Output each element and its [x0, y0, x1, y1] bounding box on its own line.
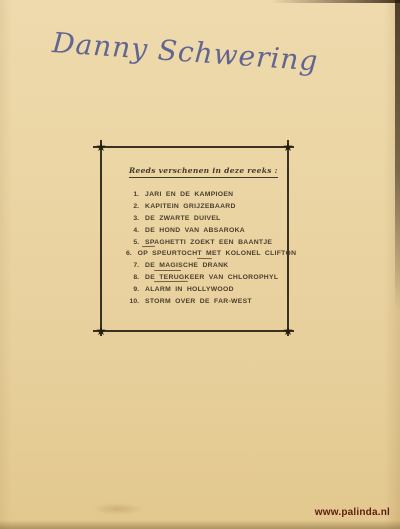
- list-item: 10. STORM OVER DE FAR-WEST: [126, 295, 296, 307]
- item-number: 10.: [126, 298, 139, 305]
- series-list: 1. JARI EN DE KAMPIOEN 2. KAPITEIN GRIJZ…: [126, 189, 296, 307]
- list-item: 8. DE TERUGKEER VAN CHLOROPHYL: [126, 272, 296, 284]
- item-title: STORM OVER DE FAR-WEST: [145, 298, 252, 305]
- scanned-book-page: Danny Schwering ★ ★ ★ ★ Reeds verschenen…: [0, 0, 400, 529]
- item-number: 8.: [126, 274, 139, 281]
- paper-stain: [92, 503, 144, 515]
- scan-edge-right: [395, 0, 400, 310]
- watermark: www.palinda.nl: [315, 507, 390, 518]
- star-icon: ★: [96, 141, 107, 153]
- item-title: KAPITEIN GRIJZEBAARD: [145, 203, 236, 210]
- item-number: 2.: [126, 203, 139, 210]
- scan-edge-top: [270, 0, 400, 3]
- star-icon: ★: [283, 325, 294, 337]
- item-number: 5.: [126, 239, 139, 246]
- owner-signature: Danny Schwering: [51, 26, 283, 75]
- item-title: DE TERUGKEER VAN CHLOROPHYL: [145, 274, 278, 281]
- item-number: 4.: [126, 227, 139, 234]
- item-title: SPAGHETTI ZOEKT EEN BAANTJE: [145, 239, 272, 246]
- item-title: DE HOND VAN ABSAROKA: [145, 227, 245, 234]
- item-number: 6.: [126, 250, 132, 257]
- pencil-underline: [197, 258, 212, 259]
- item-title: OP SPEURTOCHT MET KOLONEL CLIFTON: [138, 250, 297, 257]
- item-number: 7.: [126, 262, 139, 269]
- list-item: 9. ALARM IN HOLLYWOOD: [126, 283, 296, 295]
- list-item: 4. DE HOND VAN ABSAROKA: [126, 224, 296, 236]
- series-list-header: Reeds verschenen in deze reeks :: [129, 166, 278, 178]
- frame-line-bottom: [93, 330, 294, 332]
- item-title: JARI EN DE KAMPIOEN: [145, 191, 233, 198]
- list-item: 1. JARI EN DE KAMPIOEN: [126, 189, 296, 201]
- frame-line-top: [93, 146, 294, 148]
- item-number: 3.: [126, 215, 139, 222]
- pencil-underline: [154, 270, 181, 271]
- scan-edge-bottom: [0, 520, 400, 529]
- list-item: 2. KAPITEIN GRIJZEBAARD: [126, 201, 296, 213]
- star-icon: ★: [96, 325, 107, 337]
- frame-line-left: [100, 140, 102, 336]
- item-title: DE MAGISCHE DRANK: [145, 262, 229, 269]
- star-icon: ★: [283, 141, 294, 153]
- item-title: ALARM IN HOLLYWOOD: [145, 286, 234, 293]
- item-number: 1.: [126, 191, 139, 198]
- item-title: DE ZWARTE DUIVEL: [145, 215, 221, 222]
- item-number: 9.: [126, 286, 139, 293]
- list-item: 3. DE ZWARTE DUIVEL: [126, 213, 296, 225]
- list-item: 7. DE MAGISCHE DRANK: [126, 260, 296, 272]
